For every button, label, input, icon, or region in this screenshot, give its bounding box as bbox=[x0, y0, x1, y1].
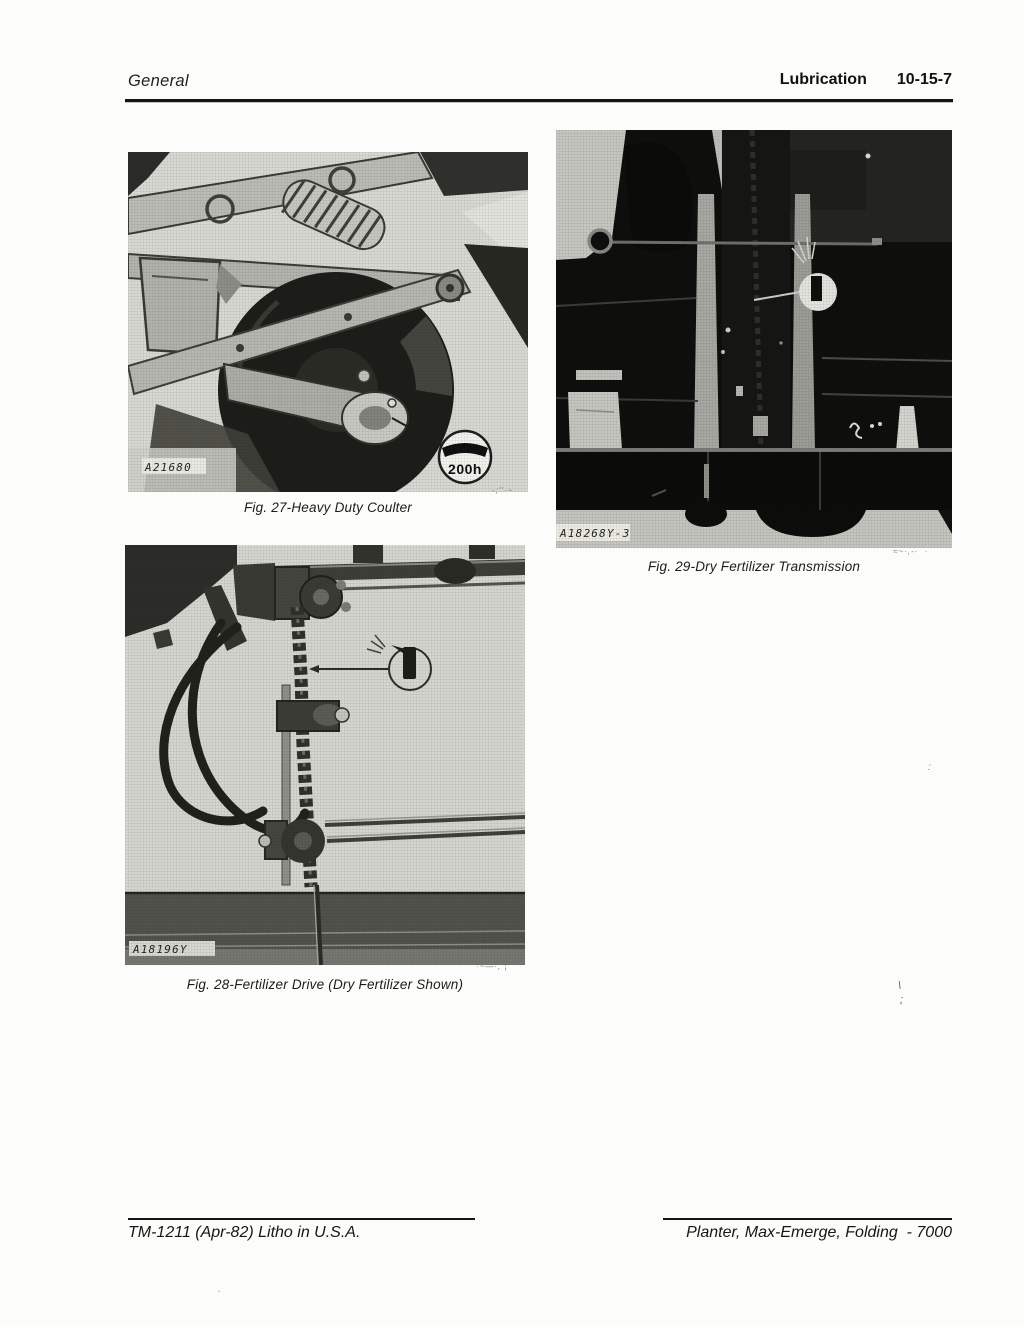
header-chapter: Lubrication bbox=[780, 71, 867, 88]
fertilizer-drive-photo-graphic: A18196Y bbox=[125, 545, 525, 965]
figure-27-photo: 200h A21680 bbox=[128, 152, 528, 492]
figure-28-caption: Fig. 28-Fertilizer Drive (Dry Fertilizer… bbox=[125, 977, 525, 992]
transmission-photo-graphic: A18268Y-3 bbox=[556, 130, 952, 548]
photo-id-label: A21680 bbox=[142, 458, 206, 474]
footer-manual-id: TM-1211 (Apr-82) Litho in U.S.A. bbox=[128, 1224, 360, 1242]
grease-fitting bbox=[388, 399, 396, 407]
footer-rule-left bbox=[128, 1218, 475, 1220]
figure-27-caption: Fig. 27-Heavy Duty Coulter bbox=[128, 500, 528, 515]
header-page-number: 10-15-7 bbox=[897, 71, 952, 88]
lower-sprocket bbox=[259, 819, 325, 863]
header-chapter-page: Lubrication10-15-7 bbox=[560, 71, 952, 89]
scan-artifact: ; bbox=[900, 994, 904, 1006]
figure-28-photo: A18196Y bbox=[125, 545, 525, 965]
scan-artifact: . bbox=[218, 1284, 222, 1295]
header-section-title: General bbox=[128, 72, 189, 91]
footer-rule-right bbox=[663, 1218, 952, 1220]
grease-interval-text: 200h bbox=[448, 461, 482, 477]
figure-29-photo: A18268Y-3 bbox=[556, 130, 952, 548]
photo-id-label: A18268Y-3 bbox=[556, 524, 630, 541]
photo-id-text: A18196Y bbox=[132, 943, 188, 956]
scan-artifact: ≈~·,-· · bbox=[893, 547, 928, 556]
figure-29-caption: Fig. 29-Dry Fertilizer Transmission bbox=[556, 559, 952, 574]
manual-page: General Lubrication10-15-7 bbox=[0, 0, 1024, 1325]
scan-artifact: ·~—·, ¦ bbox=[476, 962, 508, 971]
photo-id-label: A18196Y bbox=[129, 941, 215, 956]
photo-id-text: A21680 bbox=[144, 461, 192, 474]
footer-model-id: Planter, Max-Emerge, Folding - 7000 bbox=[560, 1224, 952, 1242]
coulter-photo-graphic: 200h A21680 bbox=[128, 152, 528, 492]
header-rule bbox=[125, 99, 953, 102]
scan-artifact: \ bbox=[898, 980, 902, 992]
scan-artifact: -;''·~ bbox=[492, 486, 513, 495]
photo-id-text: A18268Y-3 bbox=[559, 527, 630, 540]
scan-artifact: : bbox=[928, 762, 932, 773]
